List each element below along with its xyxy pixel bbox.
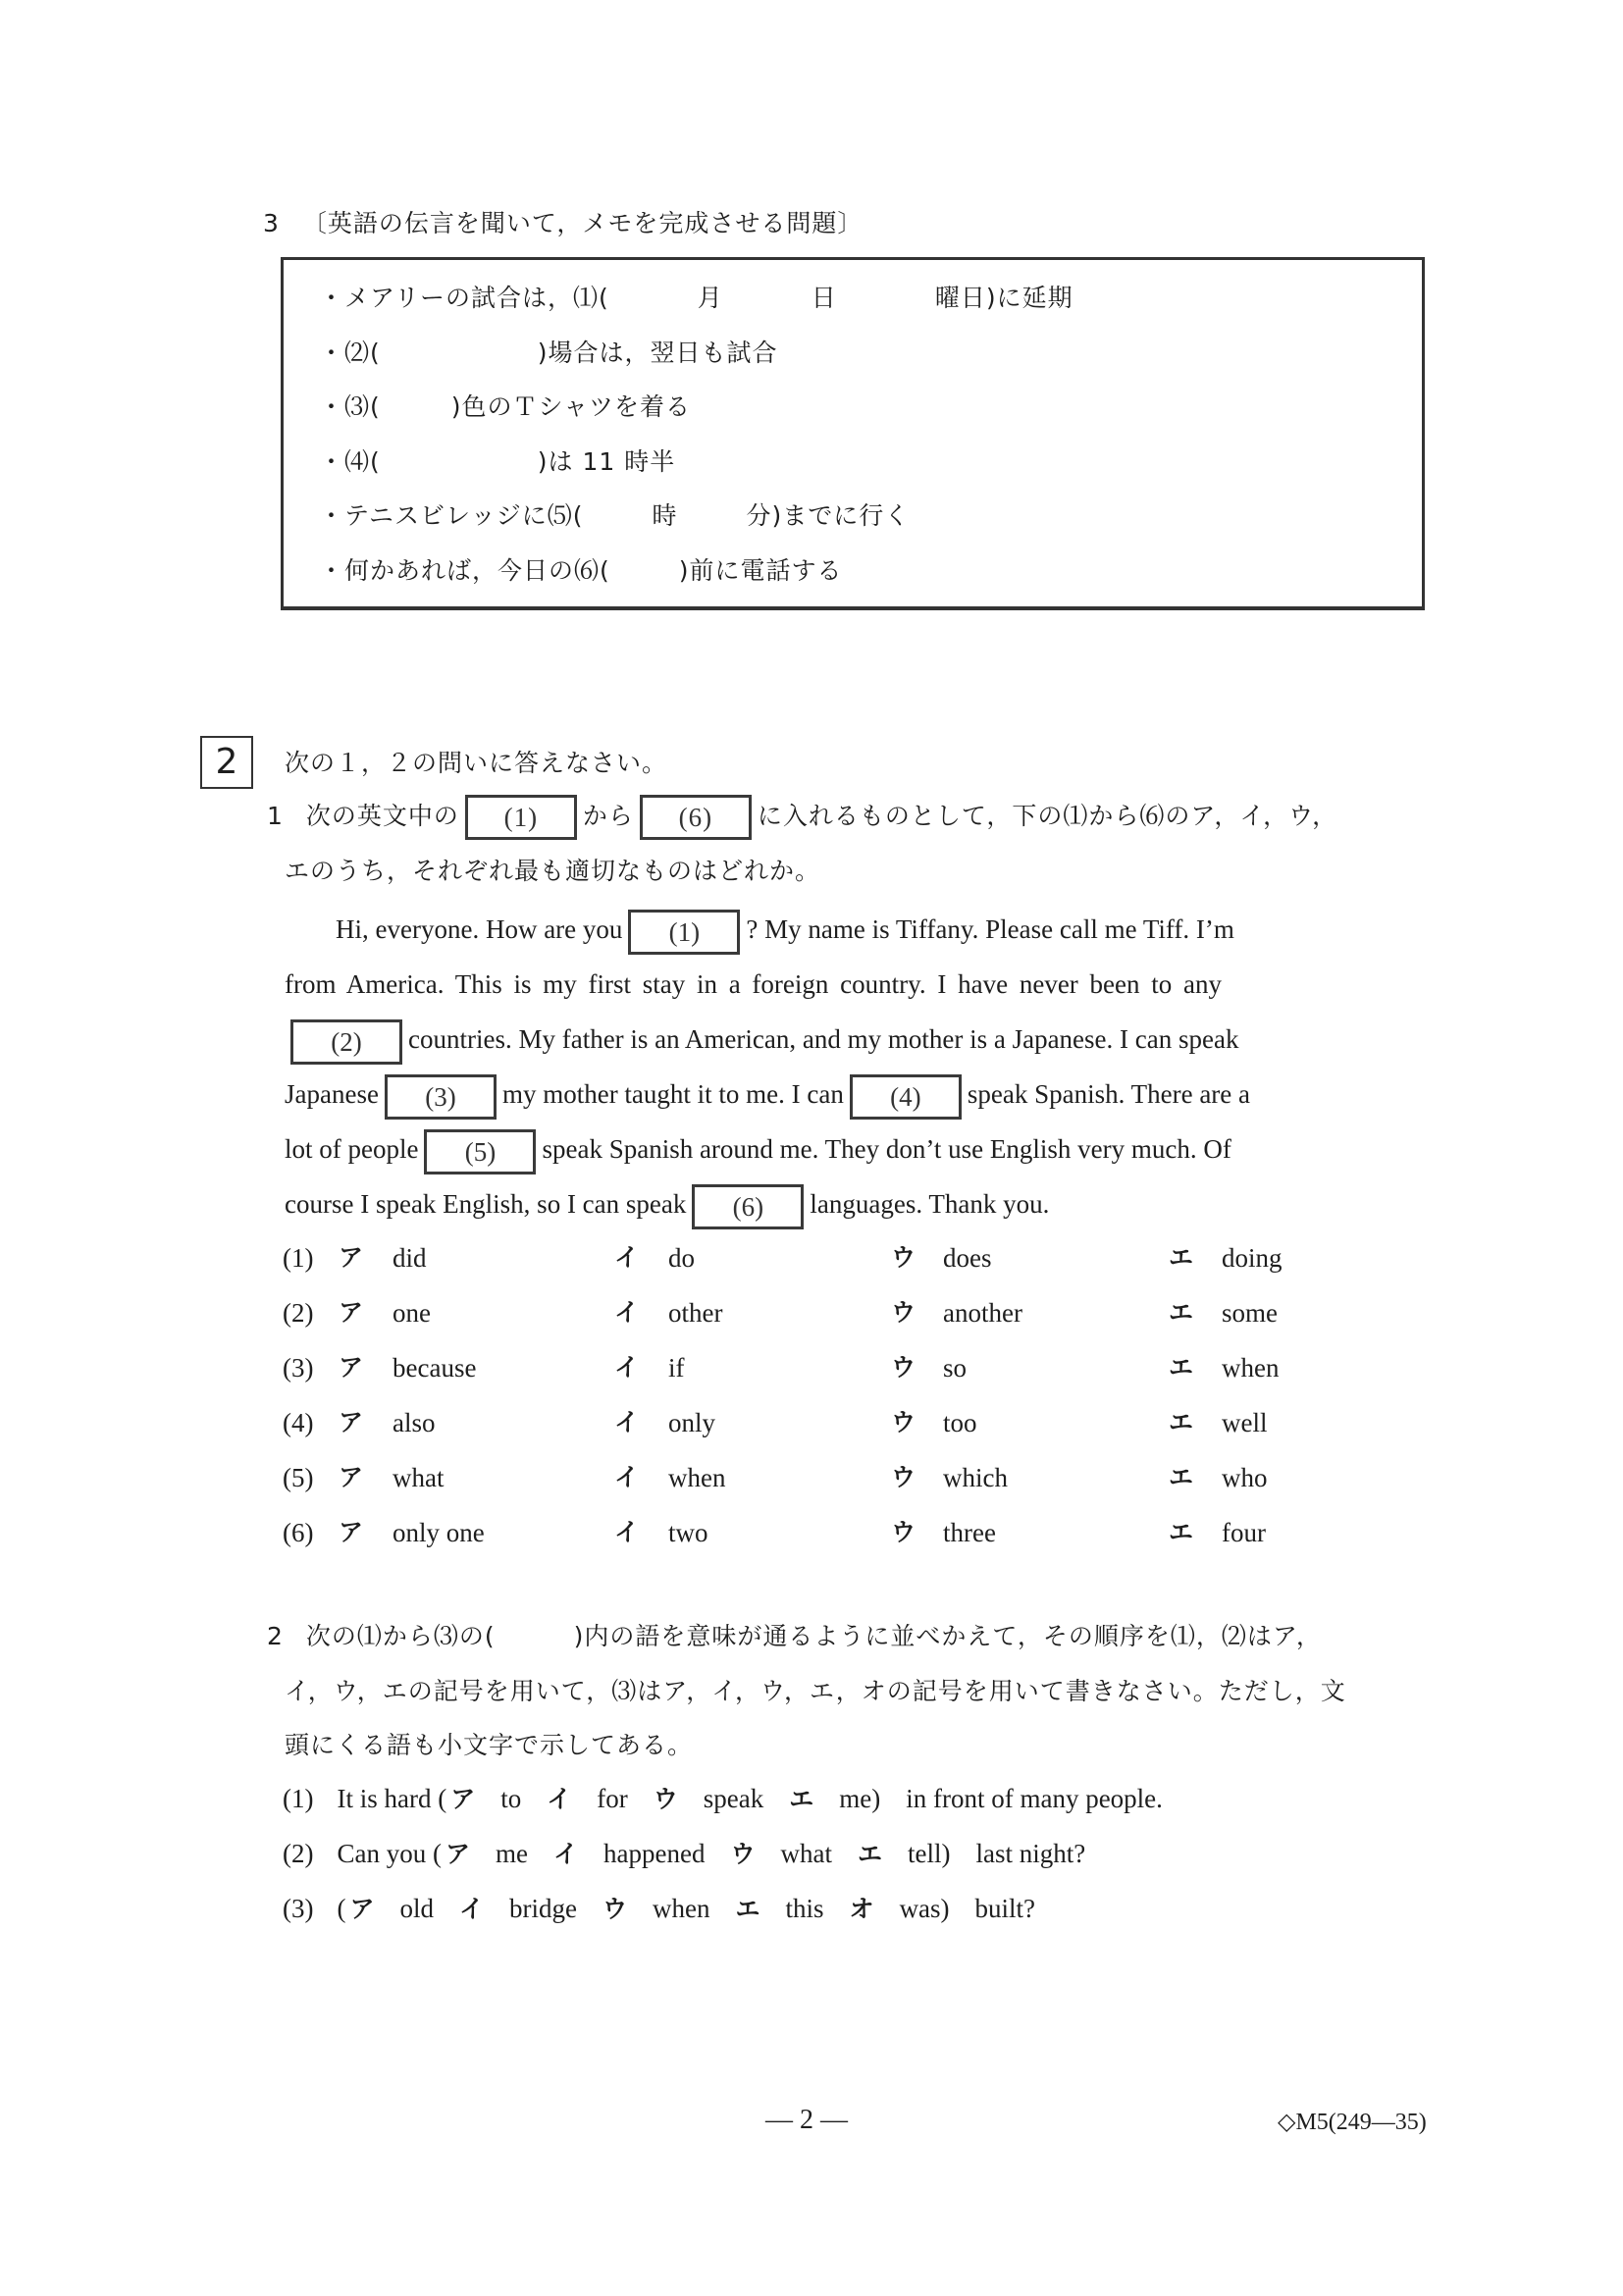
option-word: what bbox=[780, 1839, 831, 1868]
option-label: エ bbox=[1169, 1403, 1193, 1442]
prompt-text: )内の語を意味が通るように並べかえて，その順序を⑴，⑵はア， bbox=[574, 1622, 1322, 1650]
option-text: four bbox=[1222, 1513, 1266, 1552]
reorder-item: (2)Can you (アmeイhappenedウwhatエtell)last … bbox=[283, 1834, 1085, 1873]
memo-text: ⑶( bbox=[344, 392, 381, 421]
choice-row-number: (1) bbox=[283, 1238, 313, 1278]
option-label: イ bbox=[547, 1785, 571, 1813]
passage-text: speak Spanish around me. They don’t use … bbox=[542, 1134, 1230, 1164]
passage-text: speak Spanish. There are a bbox=[968, 1079, 1250, 1109]
option-text: one bbox=[393, 1293, 431, 1332]
memo-text: ⑵( bbox=[344, 339, 381, 367]
q2-prompt-line2: イ，ウ，エの記号を用いて，⑶はア，イ，ウ，エ，オの記号を用いて書きなさい。ただし… bbox=[285, 1668, 1346, 1715]
memo-text: )前に電話する bbox=[679, 556, 843, 585]
option-label: イ bbox=[459, 1895, 484, 1923]
item-suffix: last night? bbox=[975, 1839, 1085, 1868]
bullet: ・ bbox=[319, 501, 344, 530]
memo-text: 日 bbox=[811, 284, 837, 312]
blank-3: (3) bbox=[385, 1074, 497, 1120]
blank-label: (1) bbox=[465, 795, 577, 840]
option-label: エ bbox=[1169, 1293, 1193, 1332]
bullet: ・ bbox=[319, 556, 344, 585]
option-word: tell) bbox=[908, 1839, 950, 1868]
passage-line-1: Hi, everyone. How are you(1)? My name is… bbox=[336, 906, 1234, 953]
memo-text: メアリーの試合は，⑴( bbox=[344, 284, 609, 312]
bullet: ・ bbox=[319, 339, 344, 367]
memo-line-6: ・何かあれば，今日の⑹()前に電話する bbox=[319, 554, 843, 588]
option-text: does bbox=[943, 1238, 992, 1278]
blank-5: (5) bbox=[424, 1129, 536, 1174]
option-label: ア bbox=[339, 1238, 363, 1278]
prompt-text: から bbox=[583, 802, 634, 830]
choice-row-number: (3) bbox=[283, 1348, 313, 1387]
option-text: only one bbox=[393, 1513, 485, 1552]
memo-text: 何かあれば，今日の⑹( bbox=[344, 556, 610, 585]
blank-2: (2) bbox=[290, 1019, 402, 1065]
memo-line-5: ・テニスビレッジに⑸(時分)までに行く bbox=[319, 499, 910, 533]
section3-heading-text: 〔英語の伝言を聞いて，メモを完成させる問題〕 bbox=[302, 209, 864, 237]
memo-line-1: ・メアリーの試合は，⑴(月日曜日)に延期 bbox=[319, 282, 1073, 315]
option-text: what bbox=[393, 1458, 444, 1497]
option-text: other bbox=[668, 1293, 722, 1332]
reorder-item: (3)(アoldイbridgeウwhenエthisオwas)built? bbox=[283, 1889, 1035, 1928]
option-word: happened bbox=[603, 1839, 705, 1868]
option-label: ウ bbox=[891, 1238, 916, 1278]
bullet: ・ bbox=[319, 392, 344, 421]
memo-box: ・メアリーの試合は，⑴(月日曜日)に延期 ・⑵()場合は，翌日も試合 ・⑶()色… bbox=[281, 257, 1425, 610]
memo-line-2: ・⑵()場合は，翌日も試合 bbox=[319, 337, 778, 370]
passage-text: Hi, everyone. How are you bbox=[336, 914, 622, 944]
choice-row-number: (6) bbox=[283, 1513, 313, 1552]
q2-number: 2 bbox=[267, 1622, 284, 1650]
choice-row: (2)アoneイotherウanotherエsome bbox=[283, 1293, 1264, 1332]
blank-4: (4) bbox=[850, 1074, 962, 1120]
option-label: イ bbox=[614, 1513, 639, 1552]
reorder-item: (1)It is hard (アtoイforウspeakエme)in front… bbox=[283, 1779, 1163, 1818]
choice-row-number: (2) bbox=[283, 1293, 313, 1332]
option-text: when bbox=[668, 1458, 725, 1497]
choice-row: (1)アdidイdoウdoesエdoing bbox=[283, 1238, 1264, 1278]
section2-number-box: 2 bbox=[200, 736, 253, 789]
option-label: ウ bbox=[654, 1785, 678, 1813]
option-text: doing bbox=[1222, 1238, 1283, 1278]
exam-code: ◇M5(249—35) bbox=[1278, 2108, 1427, 2136]
option-label: イ bbox=[614, 1238, 639, 1278]
memo-text: テニスビレッジに⑸( bbox=[344, 501, 584, 530]
option-label: ウ bbox=[602, 1895, 627, 1923]
memo-text: 曜日)に延期 bbox=[935, 284, 1073, 312]
passage-text: Japanese bbox=[285, 1079, 379, 1109]
bullet: ・ bbox=[319, 447, 344, 476]
option-word: when bbox=[653, 1894, 709, 1923]
item-prefix: Can you ( bbox=[337, 1839, 441, 1868]
option-label: ア bbox=[445, 1840, 470, 1868]
option-text: only bbox=[668, 1403, 715, 1442]
item-suffix: in front of many people. bbox=[906, 1784, 1163, 1813]
option-label: イ bbox=[553, 1840, 578, 1868]
prompt-text: 次の英文中の bbox=[306, 802, 459, 830]
option-text: so bbox=[943, 1348, 967, 1387]
option-label: ア bbox=[339, 1458, 363, 1497]
option-label: イ bbox=[614, 1403, 639, 1442]
choice-row: (3)アbecauseイifウsoエwhen bbox=[283, 1348, 1264, 1387]
option-label: イ bbox=[614, 1293, 639, 1332]
passage-line-5: lot of people(5)speak Spanish around me.… bbox=[285, 1125, 1231, 1173]
option-text: some bbox=[1222, 1293, 1278, 1332]
passage-line-3: (2)countries. My father is an American, … bbox=[290, 1016, 1238, 1063]
passage-text: course I speak English, so I can speak bbox=[285, 1189, 686, 1219]
passage-text: lot of people bbox=[285, 1134, 418, 1164]
option-word: speak bbox=[704, 1784, 763, 1813]
prompt-text: 次の⑴から⑶の( bbox=[306, 1622, 496, 1650]
item-suffix: built? bbox=[975, 1894, 1036, 1923]
option-word: this bbox=[786, 1894, 824, 1923]
page-number: — 2 — bbox=[765, 2105, 848, 2136]
option-label: ア bbox=[339, 1513, 363, 1552]
blank-6: (6) bbox=[692, 1184, 804, 1229]
option-label: エ bbox=[789, 1785, 813, 1813]
memo-text: ⑷( bbox=[344, 447, 381, 476]
passage-text: ? My name is Tiffany. Please call me Tif… bbox=[746, 914, 1233, 944]
passage-text: my mother taught it to me. I can bbox=[502, 1079, 844, 1109]
option-word: old bbox=[400, 1894, 435, 1923]
q2-prompt-line1: 2 次の⑴から⑶の()内の語を意味が通るように並べかえて，その順序を⑴，⑵はア， bbox=[267, 1613, 1322, 1660]
option-label: エ bbox=[1169, 1458, 1193, 1497]
option-word: bridge bbox=[509, 1894, 577, 1923]
prompt-text: に入れるものとして，下の⑴から⑹のア，イ，ウ， bbox=[758, 802, 1337, 830]
choice-row: (5)アwhatイwhenウwhichエwho bbox=[283, 1458, 1264, 1497]
option-text: two bbox=[668, 1513, 708, 1552]
choice-row-number: (4) bbox=[283, 1403, 313, 1442]
option-text: when bbox=[1222, 1348, 1279, 1387]
option-label: ウ bbox=[891, 1403, 916, 1442]
option-word: me) bbox=[839, 1784, 880, 1813]
section2-instruction: 次の１，２の問いに答えなさい。 bbox=[285, 740, 667, 787]
option-text: if bbox=[668, 1348, 685, 1387]
option-label: ア bbox=[339, 1348, 363, 1387]
option-word: to bbox=[500, 1784, 521, 1813]
item-number: (3) bbox=[283, 1894, 313, 1923]
option-text: which bbox=[943, 1458, 1008, 1497]
item-number: (2) bbox=[283, 1839, 313, 1868]
section3-heading: 3 〔英語の伝言を聞いて，メモを完成させる問題〕 bbox=[263, 204, 863, 239]
blank-label: (6) bbox=[640, 795, 752, 840]
option-text: did bbox=[393, 1238, 427, 1278]
passage-text: countries. My father is an American, and… bbox=[408, 1024, 1238, 1054]
option-word: me bbox=[496, 1839, 528, 1868]
option-label: ア bbox=[349, 1895, 374, 1923]
option-label: エ bbox=[858, 1840, 882, 1868]
memo-text: )色のＴシャツを着る bbox=[451, 392, 691, 421]
choice-row-number: (5) bbox=[283, 1458, 313, 1497]
option-text: because bbox=[393, 1348, 476, 1387]
bullet: ・ bbox=[319, 284, 344, 312]
memo-text: 月 bbox=[698, 284, 723, 312]
option-label: ア bbox=[339, 1293, 363, 1332]
q2-prompt-line3: 頭にくる語も小文字で示してある。 bbox=[285, 1722, 693, 1769]
option-text: too bbox=[943, 1403, 977, 1442]
option-label: ウ bbox=[730, 1840, 755, 1868]
q1-number: 1 bbox=[267, 802, 284, 830]
option-label: ウ bbox=[891, 1348, 916, 1387]
option-text: who bbox=[1222, 1458, 1268, 1497]
option-label: イ bbox=[614, 1458, 639, 1497]
option-label: ア bbox=[450, 1785, 475, 1813]
option-label: エ bbox=[1169, 1238, 1193, 1278]
choice-row: (4)アalsoイonlyウtooエwell bbox=[283, 1403, 1264, 1442]
option-label: イ bbox=[614, 1348, 639, 1387]
option-word: was) bbox=[900, 1894, 950, 1923]
option-text: three bbox=[943, 1513, 996, 1552]
passage-line-6: course I speak English, so I can speak(6… bbox=[285, 1180, 1049, 1227]
choice-row: (6)アonly oneイtwoウthreeエfour bbox=[283, 1513, 1264, 1552]
q1-prompt-line2: エのうち，それぞれ最も適切なものはどれか。 bbox=[285, 848, 820, 895]
memo-text: 分)までに行く bbox=[747, 501, 911, 530]
q1-prompt-line1: 1 次の英文中の(1)から(6)に入れるものとして，下の⑴から⑹のア，イ，ウ， bbox=[267, 793, 1337, 840]
memo-line-3: ・⑶()色のＴシャツを着る bbox=[319, 391, 691, 424]
option-label: エ bbox=[1169, 1513, 1193, 1552]
memo-text: )場合は，翌日も試合 bbox=[538, 339, 778, 367]
option-label: エ bbox=[736, 1895, 760, 1923]
option-text: another bbox=[943, 1293, 1022, 1332]
blank-1: (1) bbox=[628, 910, 740, 955]
option-label: ウ bbox=[891, 1513, 916, 1552]
option-label: エ bbox=[1169, 1348, 1193, 1387]
section3-number: 3 bbox=[263, 209, 280, 237]
option-text: also bbox=[393, 1403, 436, 1442]
option-text: do bbox=[668, 1238, 695, 1278]
item-number: (1) bbox=[283, 1784, 313, 1813]
passage-line-2: from America. This is my first stay in a… bbox=[285, 961, 1222, 1008]
passage-text: languages. Thank you. bbox=[810, 1189, 1049, 1219]
memo-text: 時 bbox=[653, 501, 678, 530]
memo-text: )は 11 時半 bbox=[538, 447, 675, 476]
option-label: オ bbox=[850, 1895, 874, 1923]
option-word: for bbox=[597, 1784, 627, 1813]
item-prefix: It is hard ( bbox=[337, 1784, 446, 1813]
option-text: well bbox=[1222, 1403, 1268, 1442]
option-label: ウ bbox=[891, 1458, 916, 1497]
memo-line-4: ・⑷()は 11 時半 bbox=[319, 445, 675, 479]
option-label: ア bbox=[339, 1403, 363, 1442]
passage-line-4: Japanese(3)my mother taught it to me. I … bbox=[285, 1070, 1250, 1118]
option-label: ウ bbox=[891, 1293, 916, 1332]
item-prefix: ( bbox=[337, 1894, 345, 1923]
